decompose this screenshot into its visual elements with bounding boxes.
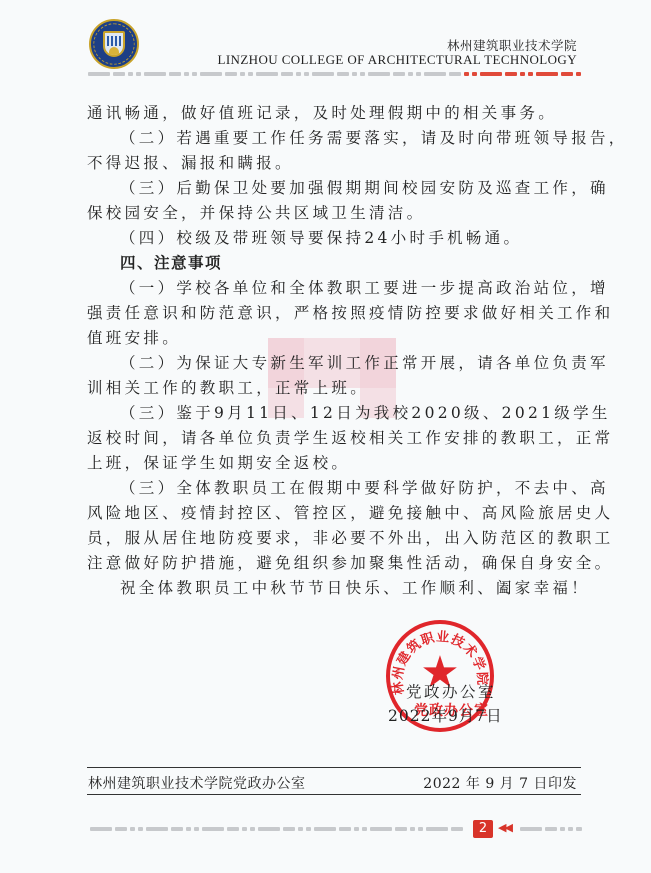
document-page: 林州建筑职业技术学院 LINZHOU COLLEGE OF ARCHITECTU…: [0, 0, 651, 873]
footer-bottom-rule: [87, 794, 581, 795]
body-text-line: （三）后勤保卫处要加强假期期间校园安防及巡查工作，确: [120, 176, 609, 198]
body-text-line: （二）若遇重要工作任务需要落实，请及时向带班领导报告，: [120, 126, 628, 148]
body-text-line: 返校时间，请各单位负责学生返校相关工作安排的教职工，正常: [87, 426, 613, 448]
footer-divider: [90, 827, 468, 831]
header-title-en: LINZHOU COLLEGE OF ARCHITECTURAL TECHNOL…: [217, 52, 577, 68]
signature-date: 2022年9月7日: [388, 704, 503, 726]
body-text-line: （二）为保证大专新生军训工作正常开展，请各单位负责军: [120, 351, 609, 373]
body-text-line: 值班安排。: [87, 326, 181, 348]
double-arrow-left-icon: ◀◀: [498, 821, 511, 834]
footer-top-rule: [87, 767, 581, 768]
body-text-line: 训相关工作的教职工，正常上班。: [87, 376, 369, 398]
body-text-line: 通讯畅通，做好值班记录，及时处理假期中的相关事务。: [87, 101, 557, 123]
body-text-line: 强责任意识和防范意识，严格按照疫情防控要求做好相关工作和: [87, 301, 613, 323]
footer-issuer: 林州建筑职业技术学院党政办公室: [88, 773, 306, 793]
body-text-line: （一）学校各单位和全体教职工要进一步提高政治站位，增: [120, 276, 609, 298]
body-text-line: （三）全体教职员工在假期中要科学做好防护，不去中、高: [120, 476, 609, 498]
body-text-line: 不得迟报、漏报和瞒报。: [87, 151, 294, 173]
body-text-line: （三）鉴于9月11日、12日为我校2020级、2021级学生: [120, 401, 611, 423]
footer-divider-tail: [520, 827, 582, 831]
body-text-line: 保校园安全，并保持公共区域卫生清洁。: [87, 201, 425, 223]
signature-office: 党政办公室: [406, 680, 496, 702]
header-divider: [88, 72, 582, 76]
footer-issue-date: 2022 年 9 月 7 日印发: [423, 773, 577, 793]
body-text-line: 注意做好防护措施，避免组织参加聚集性活动，确保自身安全。: [87, 551, 613, 573]
body-text-line: 风险地区、疫情封控区、管控区，避免接触中、高风险旅居史人: [87, 501, 613, 523]
body-text-line: 祝全体教职员工中秋节节日快乐、工作顺利、阖家幸福！: [120, 576, 590, 598]
body-text-line: 上班，保证学生如期安全返校。: [87, 451, 350, 473]
college-emblem-icon: [89, 19, 139, 69]
section-heading: 四、注意事项: [120, 251, 222, 273]
page-number-badge: 2: [473, 820, 493, 838]
body-text-line: 员，服从居住地防疫要求，非必要不外出，出入防范区的教职工: [87, 526, 613, 548]
body-text-line: （四）校级及带班领导要保持24小时手机畅通。: [120, 226, 522, 248]
